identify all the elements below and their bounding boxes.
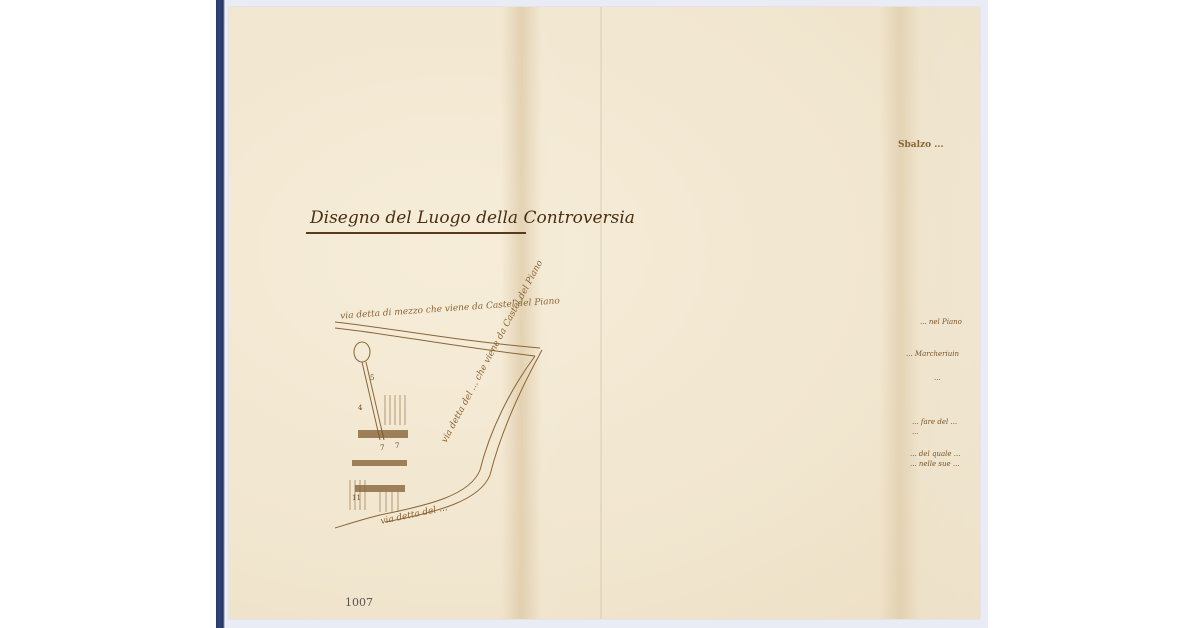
catalog-number: 1007 <box>345 596 373 609</box>
svg-text:7: 7 <box>395 442 399 450</box>
margin-note-2: ... Marcheriuin <box>906 350 959 358</box>
title-underline <box>306 232 526 234</box>
margin-heading-glyph: Sbalzo ... <box>898 140 944 150</box>
svg-text:5: 5 <box>370 374 374 382</box>
center-fold <box>600 7 602 619</box>
margin-note-7: ... nelle sue ... <box>910 460 960 468</box>
margin-note-3: ... <box>934 374 941 382</box>
svg-text:11: 11 <box>352 494 361 502</box>
svg-text:4: 4 <box>358 404 363 412</box>
margin-note-6: ... del quale ... <box>910 450 960 458</box>
map-title: Disegno del Luogo della Controversia <box>310 208 635 228</box>
book-binding-edge <box>216 0 226 628</box>
svg-text:7: 7 <box>380 444 384 452</box>
margin-note-4: ... fare del ... <box>912 418 957 426</box>
margin-note-1: ... nel Piano <box>920 318 962 326</box>
water-stain-right <box>880 7 980 619</box>
margin-note-5: ... <box>912 428 919 436</box>
